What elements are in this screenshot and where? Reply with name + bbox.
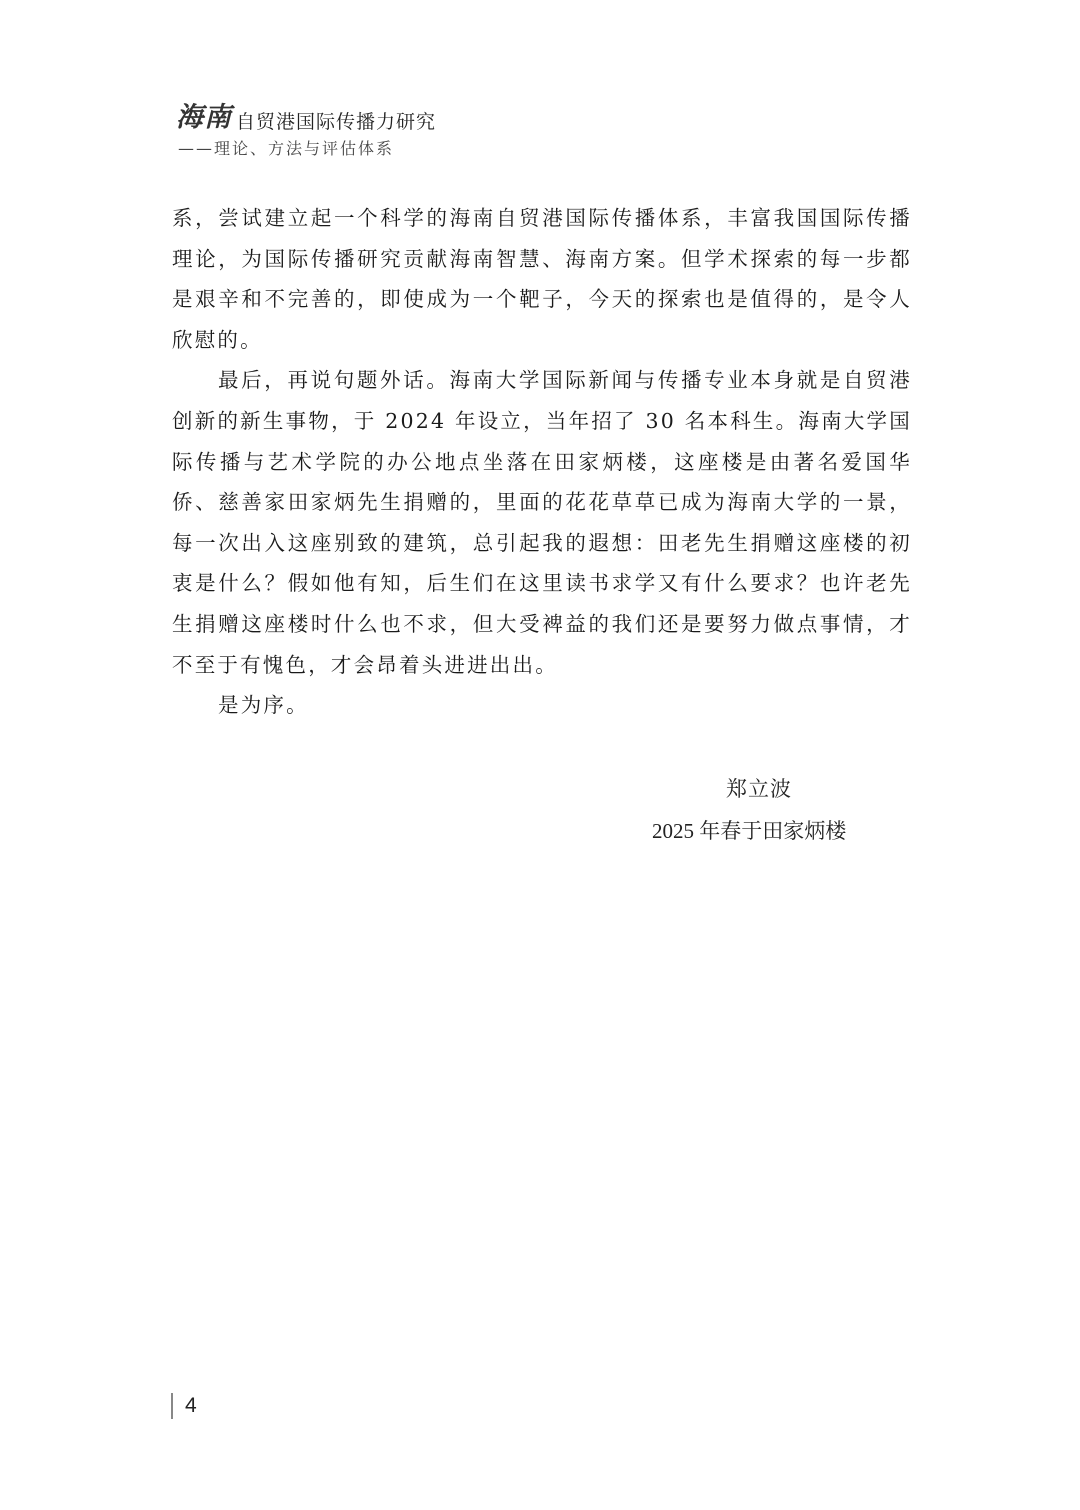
body-text: 系，尝试建立起一个科学的海南自贸港国际传播体系，丰富我国国际传播理论，为国际传播…: [172, 198, 912, 726]
paragraph-closing: 是为序。: [172, 685, 912, 726]
header-brand: 海南: [176, 95, 232, 134]
running-header: 海南 自贸港国际传播力研究 ——理论、方法与评估体系: [176, 95, 436, 159]
page-number-divider: [171, 1393, 173, 1419]
header-subtitle: ——理论、方法与评估体系: [178, 136, 436, 159]
paragraph-afterword: 最后，再说句题外话。海南大学国际新闻与传播专业本身就是自贸港创新的新生事物，于 …: [172, 360, 912, 685]
page-number-block: 4: [171, 1393, 197, 1419]
paragraph-continued: 系，尝试建立起一个科学的海南自贸港国际传播体系，丰富我国国际传播理论，为国际传播…: [172, 198, 912, 360]
page-number: 4: [185, 1394, 197, 1418]
header-title: 自贸港国际传播力研究: [236, 107, 436, 134]
signature-date-place: 2025 年春于田家炳楼: [652, 815, 846, 845]
author-name: 郑立波: [726, 773, 792, 803]
